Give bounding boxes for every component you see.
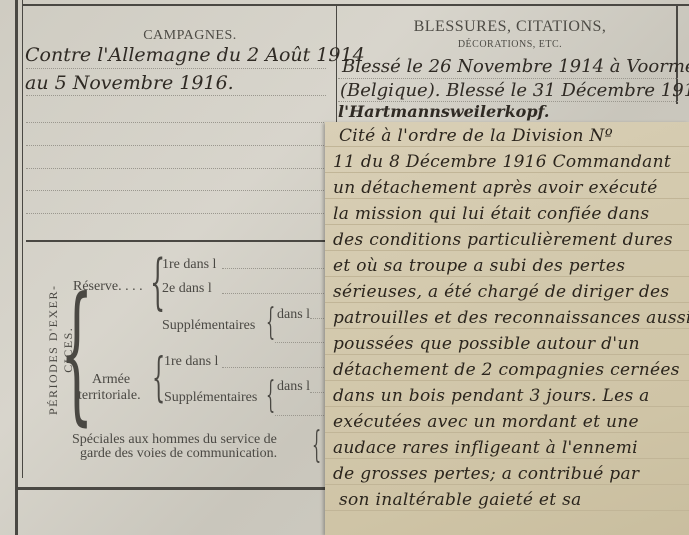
speciales-brace: { bbox=[312, 428, 321, 464]
citation-line: sérieuses, a été chargé de diriger des bbox=[333, 282, 669, 302]
armee-label: Armée bbox=[92, 372, 130, 388]
citation-line: poussées que possible autour d'un bbox=[333, 334, 640, 354]
citation-line: exécutées avec un mordant et une bbox=[333, 412, 639, 432]
citation-note: Cité à l'ordre de la Division Nº 11 du 8… bbox=[325, 122, 689, 535]
territoriale-label: territoriale. bbox=[78, 388, 141, 404]
top-border bbox=[22, 4, 689, 6]
reserve-rule bbox=[310, 318, 326, 319]
reserve-row-2: 2e dans l bbox=[162, 281, 212, 297]
supp-brace: { bbox=[266, 305, 275, 341]
decorations-subheader: DÉCORATIONS, ETC. bbox=[360, 39, 660, 50]
wound-line-3: l'Hartmannsweilerkopf. bbox=[338, 102, 549, 121]
citation-line: détachement de 2 compagnies cernées bbox=[333, 360, 680, 380]
reserve-supp-dans: dans l bbox=[277, 307, 310, 323]
armee-row-2: Supplémentaires bbox=[164, 390, 257, 406]
campagnes-header: CAMPAGNES. bbox=[110, 28, 270, 44]
section-divider bbox=[26, 240, 326, 242]
citation-line: et où sa troupe a subi des pertes bbox=[333, 256, 625, 276]
speciales-line-2: garde des voies de communication. bbox=[80, 446, 277, 462]
campaign-rule bbox=[26, 122, 326, 123]
citation-line: dans un bois pendant 3 jours. Les a bbox=[333, 386, 650, 406]
inner-left-border bbox=[22, 0, 23, 478]
reserve-rule bbox=[222, 268, 326, 269]
reserve-rule bbox=[222, 293, 326, 294]
blessures-header: BLESSURES, CITATIONS, bbox=[360, 18, 660, 36]
wound-line-1: Blessé le 26 Novembre 1914 à Voormezeele bbox=[342, 56, 689, 77]
armee-supp-dans: dans l bbox=[277, 379, 310, 395]
reserve-row-3: Supplémentaires bbox=[162, 318, 255, 334]
armee-rule bbox=[222, 367, 326, 368]
citation-line: la mission qui lui était confiée dans bbox=[333, 204, 649, 224]
armee-supp-brace: { bbox=[266, 378, 275, 414]
outer-left-border bbox=[15, 0, 18, 535]
campaign-rule bbox=[26, 168, 326, 169]
citation-line: un détachement après avoir exécuté bbox=[333, 178, 658, 198]
citation-line: patrouilles et des reconnaissances aussi bbox=[333, 308, 689, 328]
reserve-label: Réserve. . . . bbox=[73, 279, 143, 295]
citation-line: des conditions particulièrement dures bbox=[333, 230, 673, 250]
campaign-rule bbox=[26, 145, 326, 146]
wound-rule bbox=[338, 101, 678, 102]
wound-rule bbox=[338, 78, 678, 79]
campaign-rule bbox=[26, 190, 326, 191]
campaign-line-2: au 5 Novembre 1916. bbox=[25, 72, 234, 94]
armee-rule bbox=[275, 415, 326, 416]
citation-line: son inaltérable gaieté et sa bbox=[339, 490, 582, 510]
reserve-row-1: 1re dans l bbox=[162, 257, 216, 273]
citation-line: 11 du 8 Décembre 1916 Commandant bbox=[333, 152, 671, 172]
campaign-line-1: Contre l'Allemagne du 2 Août 1914 bbox=[25, 44, 365, 66]
citation-line: audace rares infligeant à l'ennemi bbox=[333, 438, 638, 458]
armee-row-1: 1re dans l bbox=[164, 354, 218, 370]
campaign-rule bbox=[26, 95, 326, 96]
wound-line-2: (Belgique). Blessé le 31 Décembre 1915 à bbox=[340, 80, 689, 101]
campaign-rule bbox=[26, 68, 326, 69]
reserve-rule bbox=[275, 342, 326, 343]
citation-line: Cité à l'ordre de la Division Nº bbox=[339, 126, 613, 146]
big-brace: { bbox=[60, 278, 93, 428]
citation-line: de grosses pertes; a contribué par bbox=[333, 464, 639, 484]
campaign-rule bbox=[26, 213, 326, 214]
armee-rule bbox=[310, 392, 326, 393]
bottom-border bbox=[18, 487, 326, 490]
